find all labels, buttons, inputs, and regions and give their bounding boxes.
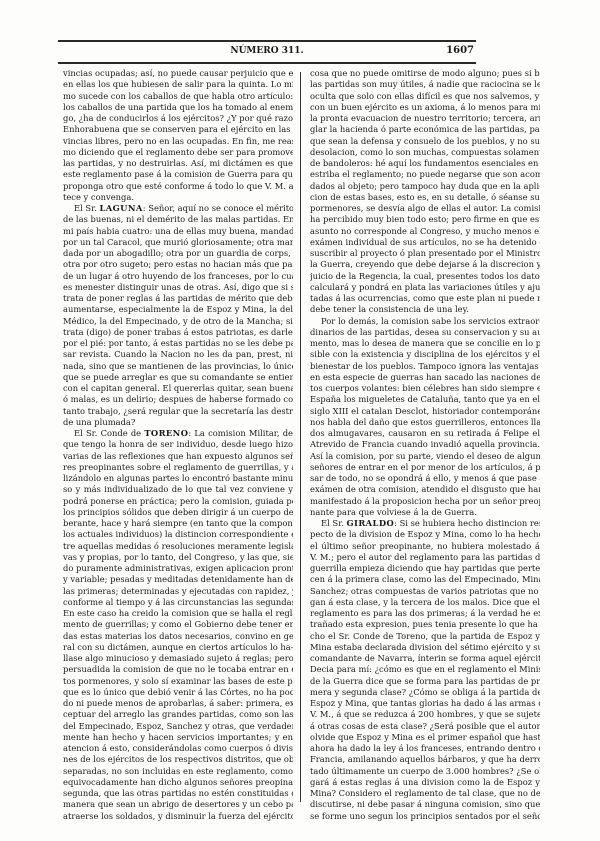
right-column: cosa que no puede omitirse de modo algun… — [310, 68, 540, 822]
text-line: á otras cosas de esta clase? ¿Será posib… — [310, 721, 540, 732]
text-line: asunto no corresponde al Congreso, y muc… — [310, 226, 540, 237]
text-line: separadas, no son incluidas en este regl… — [63, 766, 293, 777]
text-line: nos habla del daño que estos guerrillero… — [310, 417, 540, 428]
text-line: estriba el reglamento; no puede negarse … — [310, 169, 540, 180]
text-line: las partidas, y no destruirlas. Así, mi … — [63, 158, 293, 169]
text-line: desolacion, como lo son muchas, compuest… — [310, 147, 540, 158]
text-line: la Guerra, creyendo que debe dejarse á l… — [310, 259, 540, 270]
text-line: podrá ponerse en práctica; pero la comis… — [63, 496, 293, 507]
text-line: siglo XIII el catalan Desclot, historiad… — [310, 406, 540, 417]
text-line: vincias libres, pero no en las ocupadas.… — [63, 136, 293, 147]
text-line: berante, hace y hará siempre (en tanto q… — [63, 518, 293, 529]
text-line: trañado esta expresion, pues tenia prese… — [310, 619, 540, 630]
text-line: V. M., á que se reduzca á 200 hombres, y… — [310, 709, 540, 720]
text-line: en ellas los que hubiesen de salir para … — [63, 79, 293, 90]
text-line: manifestado á la proposicion hecha por u… — [310, 496, 540, 507]
text-line: llase algo minucioso y demasiado sujeto … — [63, 653, 293, 664]
text-line: calculará y pondrá en plata las variacio… — [310, 282, 540, 293]
text-line: guerrilla empieza diciendo que hay parti… — [310, 563, 540, 574]
text-line: debe tener la consistencia de una ley. — [310, 304, 540, 315]
text-line: Así la comision, por su parte, viendo el… — [310, 451, 540, 462]
text-line: atencion á esto, considerándolas como cu… — [63, 743, 293, 754]
text-line: Atrevido de Francia cuando invadió aquel… — [310, 439, 540, 450]
text-line: proponga otro que esté conforme á todo l… — [63, 181, 293, 192]
text-line: pecto de la division de Espoz y Mina, co… — [310, 529, 540, 540]
text-line: nada, sino que se mantienen de las provi… — [63, 361, 293, 372]
text-line: las primeras; determinadas y ejecutadas … — [63, 586, 293, 597]
text-line: vincias ocupadas; así, no puede causar p… — [63, 68, 293, 79]
text-line: tos cuerpos volantes: bien célebres han … — [310, 383, 540, 394]
speaker-name: LAGUNA — [100, 203, 143, 213]
text-line: En este caso ha creido la comision que s… — [63, 608, 293, 619]
text-line: do puramente administrativas, exigen apl… — [63, 563, 293, 574]
text-line: Francia, amilanando aquellos bárbaros, y… — [310, 754, 540, 765]
speaker-prefix: El Sr. — [321, 518, 347, 528]
text-line: dada por un abogadillo; otra por un guar… — [63, 248, 293, 259]
text-line: Espoz y Mina, que tantas glorias ha dado… — [310, 698, 540, 709]
text-line: se forme uno segun los principios sentad… — [310, 811, 540, 822]
header-bottom-rule — [58, 62, 476, 64]
text-line: dos almugavares, causaron en su retirada… — [310, 428, 540, 439]
text-line: cho el Sr. Conde de Toreno, que la parti… — [310, 631, 540, 642]
text-line: mento de guerrillas; y como el Gobierno … — [63, 619, 293, 630]
text-line: dados al objeto; pero tampoco hay duda q… — [310, 181, 540, 192]
text-line: ahora ha dado la ley á los franceses, en… — [310, 743, 540, 754]
text-line: con un buen ejército es un axioma, á lo … — [310, 102, 540, 113]
text-line: ceptuar del arreglo las grandes partidas… — [63, 709, 293, 720]
text-line: que tengo la honra de ser individuo, des… — [63, 439, 293, 450]
speaker-prefix: El Sr. Conde de — [74, 428, 144, 438]
speaker-name: TORENO — [144, 428, 188, 438]
speech-text: : Señor, aquí no se conoce el mérito — [143, 203, 293, 213]
text-line: V. M.; pero el autor del reglamento para… — [310, 552, 540, 563]
text-line: tos pormenores, y solo sí examinar las b… — [63, 676, 293, 687]
text-line: sar de todo, no se opondrá á ello, y men… — [310, 473, 540, 484]
text-line: segunda, que las otras partidas no estén… — [63, 788, 293, 799]
text-line: Mina? Considero el reglamento de tal cla… — [310, 788, 540, 799]
text-line: mento, mas lo desea de manera que se con… — [310, 338, 540, 349]
text-line: y variable; pesadas y meditadas detenida… — [63, 574, 293, 585]
text-line: otra por otro sugeto; pero estas no haci… — [63, 259, 293, 270]
text-line: del Empecinado, Espoz, Sanchez y otras, … — [63, 721, 293, 732]
speech-text: : Si se hubiera hecho distincion res- — [394, 518, 540, 528]
text-line: mo sucede con los caballos de que habla … — [63, 91, 293, 102]
text-line: Por lo demás, la comision sabe los servi… — [310, 316, 540, 327]
speech-text: : La comision Militar, de — [188, 428, 293, 438]
text-line: tadas á las ocurrencias, como que este p… — [310, 293, 540, 304]
text-line: mo diciendo que el reglamento debe ser p… — [63, 147, 293, 158]
text-line: lizándolo en algunas partes lo encontró … — [63, 473, 293, 484]
column-divider — [300, 72, 301, 802]
text-line: las partidas son muy útiles, á nadie que… — [310, 79, 540, 90]
text-line: bienestar de los pueblos. Tampoco ignora… — [310, 361, 540, 372]
text-line: exámen individual de sus artículos, no s… — [310, 237, 540, 248]
text-line: persuadida la comision de que no le toca… — [63, 664, 293, 675]
text-line: tado últimamente un cuerpo de 3.000 homb… — [310, 766, 540, 777]
text-line: cen á la primera clase, como las del Emp… — [310, 574, 540, 585]
text-line: mera y segunda clase? ¿Cómo se obliga á … — [310, 687, 540, 698]
text-line: que se puede arreglar es que su comandan… — [63, 372, 293, 383]
text-line: comandante de Navarra, ínterin se forma … — [310, 653, 540, 664]
text-line: glar la hacienda ó parte económica de la… — [310, 124, 540, 135]
text-line: tanto trabajo, ¿será regular que la secr… — [63, 406, 293, 417]
text-line: exámen de otra comision, atendido el dis… — [310, 484, 540, 495]
text-line: mi país habia cuatro: una de ellas muy b… — [63, 226, 293, 237]
text-line: este reglamento pase á la comision de Gu… — [63, 169, 293, 180]
text-line: das estas materias los datos necesarios,… — [63, 631, 293, 642]
left-column: vincias ocupadas; así, no puede causar p… — [63, 68, 293, 822]
text-line: pormenores, se desvía algo de ellas el a… — [310, 203, 540, 214]
text-line: en esta especie de guerras han sacado la… — [310, 372, 540, 383]
text-line: de las buenas, ni el demérito de las mal… — [63, 214, 293, 225]
text-line: atraerse los soldados, y disminuir la fu… — [63, 811, 293, 822]
text-line: Mina estaba declarada division del sétim… — [310, 642, 540, 653]
text-line: por el pié: por tanto, á estas partidas … — [63, 338, 293, 349]
text-line: ó malas, es un delirio; despues de haber… — [63, 394, 293, 405]
text-line: trata de poner reglas á las partidas de … — [63, 293, 293, 304]
text-line: Enhorabuena que se conserven para el ejé… — [63, 124, 293, 135]
text-line: es menester distinguir unas de otras. As… — [63, 282, 293, 293]
text-line: El Sr. Conde de TORENO: La comision Mili… — [63, 428, 293, 439]
text-line: Médico, la del Empecinado, y de otro de … — [63, 316, 293, 327]
text-line: so y más individualizado de lo que tal v… — [63, 484, 293, 495]
text-line: España los migueletes de Cataluña, tanto… — [310, 394, 540, 405]
text-line: que es lo único que debió venir á las Có… — [63, 687, 293, 698]
text-line: juicio de la Regencia, la cual, presente… — [310, 271, 540, 282]
text-line: tece y convenga. — [63, 192, 293, 203]
text-line: equivocadamente han dicho algunos señore… — [63, 777, 293, 788]
text-line: reglamento es para las dos primeras; á l… — [310, 608, 540, 619]
header-top-rule — [58, 40, 476, 42]
text-line: gará á estas reglas á una division como … — [310, 777, 540, 788]
text-line: que sean la defensa y consuelo de los pu… — [310, 136, 540, 147]
text-line: la pronta evacuacion de nuestro territor… — [310, 113, 540, 124]
text-line: los principios sólidos que deben dirigir… — [63, 507, 293, 518]
text-line: olvide que Espoz y Mina es el primer esp… — [310, 732, 540, 743]
text-line: discutirse, ni debe pasar á ninguna comi… — [310, 799, 540, 810]
text-line: dinarios de las partidas, desea su conse… — [310, 327, 540, 338]
text-line: nante para que volviese á la de Guerra. — [310, 507, 540, 518]
text-line: nes de los ejércitos de los respectivos … — [63, 754, 293, 765]
text-line: El Sr. LAGUNA: Señor, aquí no se conoce … — [63, 203, 293, 214]
text-line: por un tal Caracol, que murió gloriosame… — [63, 237, 293, 248]
text-line: los actuales individuos) la distincion c… — [63, 529, 293, 540]
text-line: trata (digo) de poner trabas á estos pat… — [63, 327, 293, 338]
document-page: NÚMERO 311. 1607 vincias ocupadas; así, … — [0, 0, 600, 841]
text-line: cion de estas bases, esto es, en su deta… — [310, 192, 540, 203]
text-line: suscribir al proyecto ó plan presentado … — [310, 248, 540, 259]
text-line: el último señor preopinante, no hubiera … — [310, 541, 540, 552]
text-line: manera que sean un abrigo de desertores … — [63, 799, 293, 810]
text-line: Sanchez; otras compuestas de varios patr… — [310, 586, 540, 597]
text-line: gan á esta clase, y la tercera de los ma… — [310, 597, 540, 608]
text-line: de una plumada? — [63, 417, 293, 428]
text-line: de bandoleros: hé aquí los fundamentos e… — [310, 158, 540, 169]
text-line: sible con la existencia y disciplina de … — [310, 349, 540, 360]
text-line: tre aquellas medidas ó resoluciones mera… — [63, 541, 293, 552]
text-line: res preopinantes sobre el reglamento de … — [63, 462, 293, 473]
text-line: oculta que solo con ellas difícil es que… — [310, 91, 540, 102]
page-number: 1607 — [446, 45, 474, 56]
speaker-name: GIRALDO — [347, 518, 395, 528]
issue-number: NÚMERO 311. — [58, 46, 476, 56]
speaker-prefix: El Sr. — [74, 203, 100, 213]
text-line: aumentarse, especialmente la de Espoz y … — [63, 304, 293, 315]
text-line: mente han hecho y hacen servicios import… — [63, 732, 293, 743]
text-line: de un lugar á otro huyendo de los france… — [63, 271, 293, 282]
text-line: vas y propias, por lo tanto, del Congres… — [63, 552, 293, 563]
text-line: do ni puede menos de aprobarlas, á saber… — [63, 698, 293, 709]
page-header: NÚMERO 311. 1607 — [58, 40, 476, 66]
text-line: los caballos de una partida que los ha t… — [63, 102, 293, 113]
text-line: Decia para mí: ¿cómo es que en el reglam… — [310, 664, 540, 675]
text-line: de la Guerra dice que se forma para las … — [310, 676, 540, 687]
text-line: ral con su dictámen, aunque en ciertos a… — [63, 642, 293, 653]
text-line: varias de las reflexiones que han expues… — [63, 451, 293, 462]
text-line: go, ¿ha de conducirlos á los ejércitos? … — [63, 113, 293, 124]
text-line: con el capitan general. El quererlas qui… — [63, 383, 293, 394]
text-line: cosa que no puede omitirse de modo algun… — [310, 68, 540, 79]
text-line: ha percibido muy bien todo esto; pero fi… — [310, 214, 540, 225]
text-line: sar revista. Cuando la Nacion no les da … — [63, 349, 293, 360]
text-line: señores de entrar en el por menor de los… — [310, 462, 540, 473]
text-line: El Sr. GIRALDO: Si se hubiera hecho dist… — [310, 518, 540, 529]
text-line: conforme al tiempo y á las circunstancia… — [63, 597, 293, 608]
